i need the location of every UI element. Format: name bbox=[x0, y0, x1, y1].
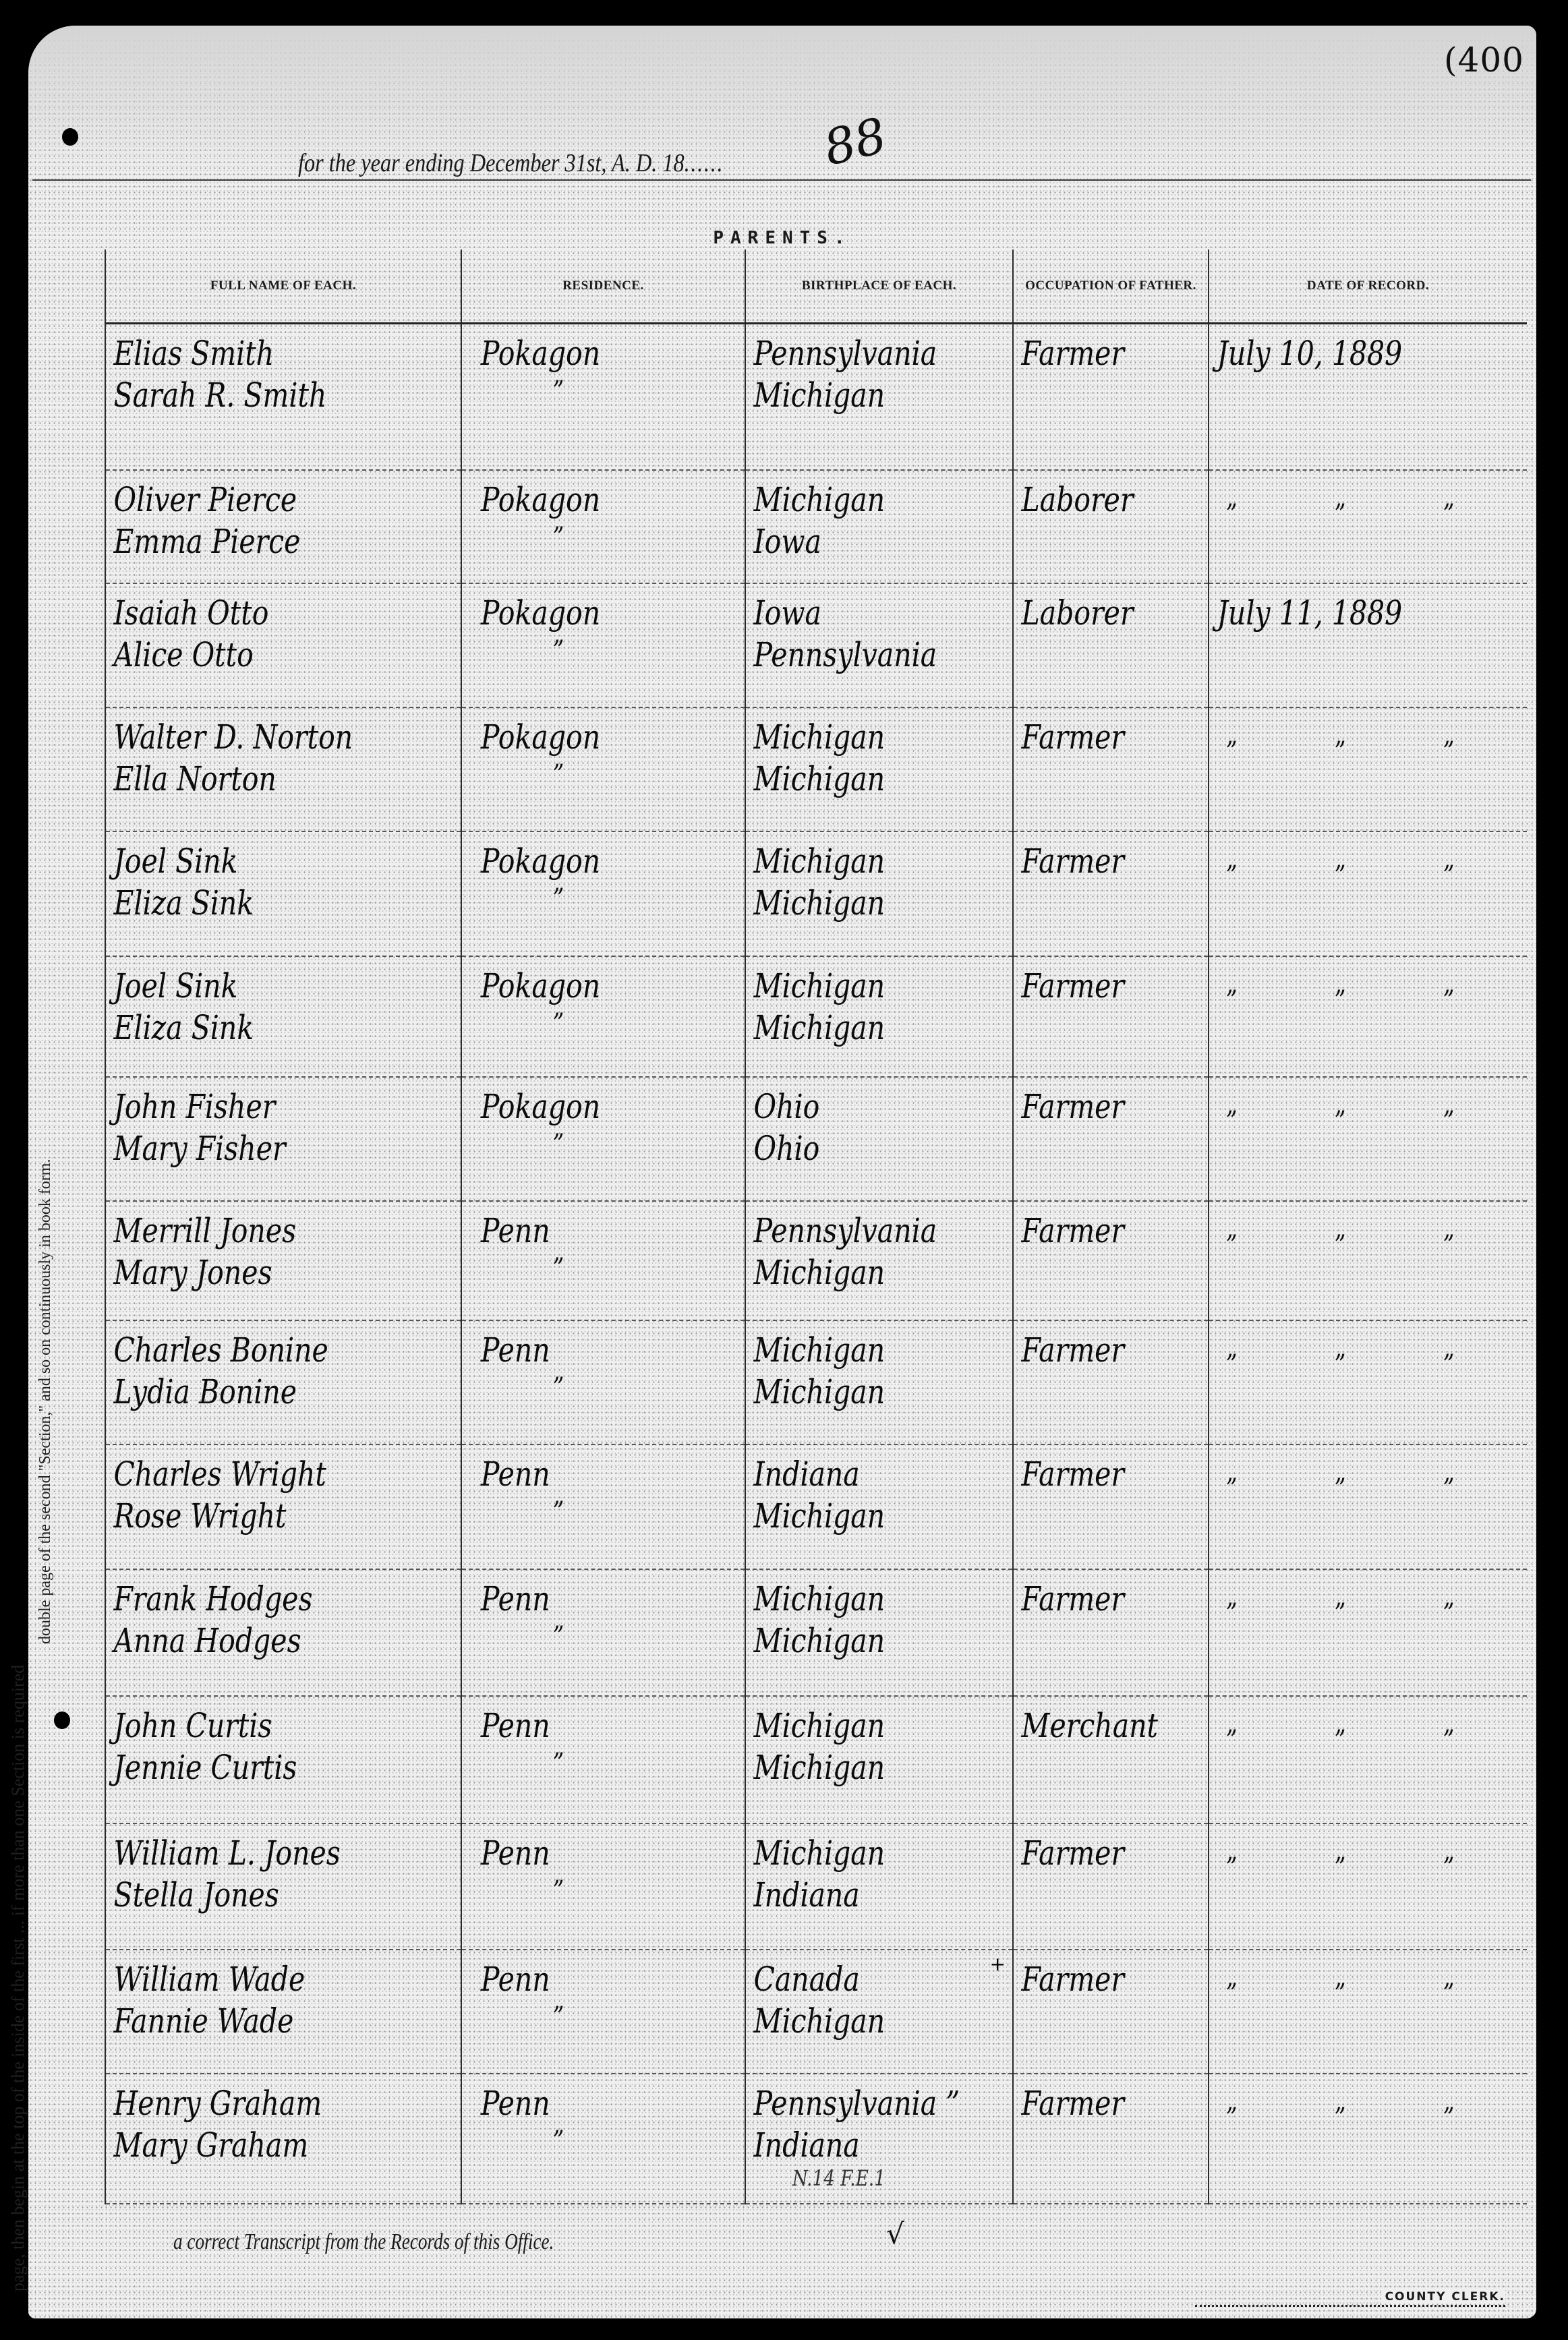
check-mark: √ bbox=[886, 2217, 904, 2250]
cell-birthplace: Pennsylvania Michigan bbox=[745, 324, 1013, 470]
table-row: Joel Sink Eliza Sink Pokagon ” Michigan … bbox=[105, 831, 1527, 956]
cell-birthplace: Ohio Ohio bbox=[745, 1077, 1013, 1201]
residence-ditto: ” bbox=[469, 634, 693, 668]
cell-full-name: William L. Jones Stella Jones bbox=[105, 1823, 461, 1950]
birthplace-mother: Pennsylvania bbox=[753, 634, 964, 676]
residence-father: Penn bbox=[469, 2082, 693, 2124]
ditto-mark: ” bbox=[1443, 1468, 1454, 1510]
ditto-mark: ” bbox=[1335, 494, 1346, 535]
date-of-record: July 11, 1889 bbox=[1209, 584, 1470, 634]
birthplace-father: Michigan bbox=[753, 840, 964, 882]
father-name: Frank Hodges bbox=[113, 1578, 397, 1620]
ditto-mark: ” bbox=[1226, 731, 1238, 773]
ditto-mark: ” bbox=[1443, 494, 1454, 535]
mother-name: Emma Pierce bbox=[113, 521, 397, 562]
birthplace-father: Iowa bbox=[753, 592, 964, 634]
date-of-record: ””” bbox=[1209, 1078, 1470, 1142]
ditto-mark: ” bbox=[1226, 1973, 1238, 2015]
birthplace-mother: Michigan bbox=[753, 758, 964, 800]
table-row: Henry Graham Mary Graham Penn ” Pennsylv… bbox=[105, 2074, 1527, 2204]
date-of-record: ””” bbox=[1209, 1202, 1470, 1266]
mother-name: Eliza Sink bbox=[113, 882, 397, 924]
date-of-record: July 10, 1889 bbox=[1209, 324, 1470, 374]
cell-full-name: John Fisher Mary Fisher bbox=[105, 1077, 461, 1201]
mother-name: Mary Jones bbox=[113, 1252, 397, 1293]
date-of-record: ””” bbox=[1209, 832, 1470, 897]
year-heading-prefix: for the year ending December 31st, A. D.… bbox=[298, 149, 685, 177]
table-row: John Curtis Jennie Curtis Penn ” Michiga… bbox=[105, 1696, 1527, 1823]
cell-birthplace: Pennsylvania ” Indiana N.14 F.E.1 bbox=[745, 2074, 1013, 2204]
record-note: N.14 F.E.1 bbox=[753, 2166, 964, 2190]
table-row: Walter D. Norton Ella Norton Pokagon ” M… bbox=[105, 707, 1527, 831]
cell-residence: Penn ” bbox=[461, 1201, 745, 1320]
cell-birthplace: Michigan Michigan bbox=[745, 1569, 1013, 1696]
margin-instruction-partial: page, then begin at the top of the insid… bbox=[8, 1665, 28, 2291]
cell-full-name: Walter D. Norton Ella Norton bbox=[105, 707, 461, 831]
birthplace-father: Pennsylvania bbox=[753, 1210, 964, 1252]
occupation-of-father: Farmer bbox=[1014, 1950, 1173, 2000]
cell-full-name: Joel Sink Eliza Sink bbox=[105, 831, 461, 956]
ditto-mark: ” bbox=[1335, 1468, 1346, 1510]
birthplace-mother: Michigan bbox=[753, 882, 964, 924]
occupation-of-father: Farmer bbox=[1014, 1445, 1173, 1495]
column-header-residence: Residence. bbox=[461, 250, 745, 324]
cell-birthplace: Michigan Michigan bbox=[745, 1696, 1013, 1823]
date-of-record: ””” bbox=[1209, 1950, 1470, 2015]
parents-table: Full Name of Each. Residence. Birthplace… bbox=[105, 250, 1527, 2204]
margin-mark: + bbox=[990, 1953, 1006, 1975]
ditto-mark: ” bbox=[1226, 980, 1238, 1022]
residence-ditto: ” bbox=[469, 758, 693, 792]
occupation-of-father: Farmer bbox=[1014, 2074, 1173, 2124]
cell-occupation: Farmer bbox=[1013, 956, 1209, 1077]
birthplace-mother: Indiana bbox=[753, 2124, 964, 2166]
ditto-mark: ” bbox=[1335, 855, 1346, 897]
ditto-mark: ” bbox=[1443, 1593, 1454, 1635]
ditto-mark: ” bbox=[1226, 494, 1238, 535]
residence-father: Pokagon bbox=[469, 332, 693, 374]
cell-occupation: Farmer bbox=[1013, 324, 1209, 470]
occupation-of-father: Farmer bbox=[1014, 832, 1173, 882]
residence-father: Pokagon bbox=[469, 592, 693, 634]
ditto-mark: ” bbox=[1335, 1101, 1346, 1142]
ditto-mark: ” bbox=[1335, 1847, 1346, 1889]
ditto-mark: ” bbox=[1443, 1344, 1454, 1386]
cell-date-of-record: ””” bbox=[1209, 956, 1527, 1077]
cell-residence: Pokagon ” bbox=[461, 583, 745, 707]
father-name: Elias Smith bbox=[113, 332, 397, 374]
table-row: Charles Wright Rose Wright Penn ” Indian… bbox=[105, 1444, 1527, 1569]
residence-ditto: ” bbox=[469, 1747, 693, 1780]
date-of-record: ””” bbox=[1209, 1321, 1470, 1386]
table-row: Isaiah Otto Alice Otto Pokagon ” Iowa Pe… bbox=[105, 583, 1527, 707]
father-name: William L. Jones bbox=[113, 1832, 397, 1874]
cell-full-name: Charles Bonine Lydia Bonine bbox=[105, 1320, 461, 1444]
cell-residence: Pokagon ” bbox=[461, 470, 745, 583]
cell-full-name: Merrill Jones Mary Jones bbox=[105, 1201, 461, 1320]
residence-ditto: ” bbox=[469, 1874, 693, 1908]
cell-birthplace: + Canada Michigan bbox=[745, 1950, 1013, 2074]
birthplace-father: Indiana bbox=[753, 1453, 964, 1495]
cell-date-of-record: ””” bbox=[1209, 1077, 1527, 1201]
birthplace-mother: Michigan bbox=[753, 374, 964, 416]
date-of-record: ””” bbox=[1209, 1570, 1470, 1635]
column-header-full-name: Full Name of Each. bbox=[105, 250, 461, 324]
cell-date-of-record: ””” bbox=[1209, 707, 1527, 831]
residence-ditto: ” bbox=[469, 374, 693, 408]
cell-occupation: Farmer bbox=[1013, 1077, 1209, 1201]
ditto-mark: ” bbox=[1335, 1225, 1346, 1266]
ditto-mark: ” bbox=[1443, 1101, 1454, 1142]
cell-full-name: Henry Graham Mary Graham bbox=[105, 2074, 461, 2204]
cell-occupation: Laborer bbox=[1013, 583, 1209, 707]
cell-occupation: Farmer bbox=[1013, 1823, 1209, 1950]
ditto-mark: ” bbox=[1443, 855, 1454, 897]
occupation-of-father: Laborer bbox=[1014, 471, 1173, 521]
cell-birthplace: Michigan Iowa bbox=[745, 470, 1013, 583]
mother-name: Mary Fisher bbox=[113, 1128, 397, 1169]
father-name: Charles Bonine bbox=[113, 1329, 397, 1371]
birthplace-father: Michigan bbox=[753, 1705, 964, 1747]
ditto-mark: ” bbox=[1226, 1468, 1238, 1510]
cell-full-name: Oliver Pierce Emma Pierce bbox=[105, 470, 461, 583]
cell-residence: Penn ” bbox=[461, 2074, 745, 2204]
mother-name: Ella Norton bbox=[113, 758, 397, 800]
ditto-mark: ” bbox=[1443, 1225, 1454, 1266]
date-of-record: ””” bbox=[1209, 957, 1470, 1022]
cell-residence: Pokagon ” bbox=[461, 324, 745, 470]
table-row: Charles Bonine Lydia Bonine Penn ” Michi… bbox=[105, 1320, 1527, 1444]
page-shading bbox=[28, 26, 1536, 181]
cell-date-of-record: ””” bbox=[1209, 1444, 1527, 1569]
birthplace-father: Michigan bbox=[753, 1329, 964, 1371]
ditto-mark: ” bbox=[1226, 1720, 1238, 1761]
cell-occupation: Farmer bbox=[1013, 707, 1209, 831]
residence-ditto: ” bbox=[469, 1495, 693, 1529]
residence-father: Pokagon bbox=[469, 479, 693, 521]
table-row: John Fisher Mary Fisher Pokagon ” Ohio O… bbox=[105, 1077, 1527, 1201]
residence-father: Penn bbox=[469, 1578, 693, 1620]
table-header-row: Full Name of Each. Residence. Birthplace… bbox=[105, 250, 1527, 324]
date-of-record: ””” bbox=[1209, 1824, 1470, 1889]
occupation-of-father: Farmer bbox=[1014, 324, 1173, 374]
mother-name: Fannie Wade bbox=[113, 2000, 397, 2042]
table-row: Frank Hodges Anna Hodges Penn ” Michigan… bbox=[105, 1569, 1527, 1696]
column-header-date: Date of Record. bbox=[1209, 250, 1527, 324]
occupation-of-father: Farmer bbox=[1014, 1202, 1173, 1252]
father-name: Henry Graham bbox=[113, 2082, 397, 2124]
mother-name: Lydia Bonine bbox=[113, 1371, 397, 1413]
cell-residence: Pokagon ” bbox=[461, 1077, 745, 1201]
binder-hole bbox=[54, 1712, 70, 1729]
cell-date-of-record: ””” bbox=[1209, 831, 1527, 956]
residence-father: Penn bbox=[469, 1958, 693, 2000]
residence-ditto: ” bbox=[469, 1620, 693, 1654]
cell-date-of-record: ””” bbox=[1209, 1950, 1527, 2074]
birthplace-father: Ohio bbox=[753, 1086, 964, 1128]
ditto-mark: ” bbox=[1226, 2097, 1238, 2139]
date-of-record: ””” bbox=[1209, 471, 1470, 535]
residence-father: Penn bbox=[469, 1705, 693, 1747]
date-of-record: ””” bbox=[1209, 708, 1470, 773]
cell-birthplace: Michigan Indiana bbox=[745, 1823, 1013, 1950]
ditto-mark: ” bbox=[1443, 1720, 1454, 1761]
ditto-mark: ” bbox=[1443, 1847, 1454, 1889]
residence-ditto: ” bbox=[469, 521, 693, 554]
cell-birthplace: Michigan Michigan bbox=[745, 1320, 1013, 1444]
residence-ditto: ” bbox=[469, 1128, 693, 1161]
birthplace-mother: Michigan bbox=[753, 1252, 964, 1293]
ditto-mark: ” bbox=[1335, 1973, 1346, 2015]
ditto-mark: ” bbox=[1335, 980, 1346, 1022]
mother-name: Sarah R. Smith bbox=[113, 374, 397, 416]
residence-ditto: ” bbox=[469, 1371, 693, 1405]
cell-date-of-record: ””” bbox=[1209, 1201, 1527, 1320]
county-clerk-label: COUNTY CLERK. bbox=[1381, 2290, 1505, 2304]
occupation-of-father: Farmer bbox=[1014, 957, 1173, 1007]
section-title: PARENTS. bbox=[28, 228, 1536, 248]
cell-date-of-record: ””” bbox=[1209, 1320, 1527, 1444]
ditto-mark: ” bbox=[1226, 855, 1238, 897]
residence-father: Penn bbox=[469, 1453, 693, 1495]
residence-father: Penn bbox=[469, 1329, 693, 1371]
cell-date-of-record: ””” bbox=[1209, 470, 1527, 583]
cell-occupation: Merchant bbox=[1013, 1696, 1209, 1823]
cell-residence: Pokagon ” bbox=[461, 956, 745, 1077]
cell-date-of-record: July 11, 1889 bbox=[1209, 583, 1527, 707]
occupation-of-father: Farmer bbox=[1014, 1321, 1173, 1371]
mother-name: Anna Hodges bbox=[113, 1620, 397, 1662]
record-page: (400 for the year ending December 31st, … bbox=[28, 26, 1536, 2318]
father-name: Isaiah Otto bbox=[113, 592, 397, 634]
birthplace-father: Canada bbox=[753, 1958, 964, 2000]
residence-ditto: ” bbox=[469, 1007, 693, 1041]
father-name: Walter D. Norton bbox=[113, 716, 397, 758]
cell-occupation: Farmer bbox=[1013, 1320, 1209, 1444]
cell-occupation: Farmer bbox=[1013, 1950, 1209, 2074]
father-name: Joel Sink bbox=[113, 840, 397, 882]
ditto-mark: ” bbox=[1335, 731, 1346, 773]
cell-birthplace: Michigan Michigan bbox=[745, 956, 1013, 1077]
ditto-mark: ” bbox=[1443, 731, 1454, 773]
table-row: Elias Smith Sarah R. Smith Pokagon ” Pen… bbox=[105, 324, 1527, 470]
cell-full-name: Charles Wright Rose Wright bbox=[105, 1444, 461, 1569]
cell-full-name: Elias Smith Sarah R. Smith bbox=[105, 324, 461, 470]
residence-father: Penn bbox=[469, 1832, 693, 1874]
cell-residence: Penn ” bbox=[461, 1569, 745, 1696]
table-row: Joel Sink Eliza Sink Pokagon ” Michigan … bbox=[105, 956, 1527, 1077]
cell-residence: Penn ” bbox=[461, 1320, 745, 1444]
occupation-of-father: Farmer bbox=[1014, 708, 1173, 758]
ditto-mark: ” bbox=[1443, 1973, 1454, 2015]
ditto-mark: ” bbox=[1226, 1225, 1238, 1266]
mother-name: Eliza Sink bbox=[113, 1007, 397, 1049]
page-number: (400 bbox=[1444, 40, 1524, 80]
father-name: Charles Wright bbox=[113, 1453, 397, 1495]
father-name: John Fisher bbox=[113, 1086, 397, 1128]
column-header-birthplace: Birthplace of Each. bbox=[745, 250, 1013, 324]
cell-occupation: Laborer bbox=[1013, 470, 1209, 583]
column-header-occupation: Occupation of Father. bbox=[1013, 250, 1209, 324]
birthplace-father: Pennsylvania ” bbox=[753, 2082, 964, 2124]
birthplace-mother: Michigan bbox=[753, 1747, 964, 1788]
ditto-mark: ” bbox=[1226, 1344, 1238, 1386]
birthplace-mother: Michigan bbox=[753, 1495, 964, 1537]
binder-hole bbox=[62, 128, 78, 146]
cell-birthplace: Pennsylvania Michigan bbox=[745, 1201, 1013, 1320]
cell-residence: Penn ” bbox=[461, 1444, 745, 1569]
cell-date-of-record: ””” bbox=[1209, 1569, 1527, 1696]
birthplace-mother: Indiana bbox=[753, 1874, 964, 1916]
residence-ditto: ” bbox=[469, 2000, 693, 2034]
cell-date-of-record: ””” bbox=[1209, 1696, 1527, 1823]
cell-occupation: Farmer bbox=[1013, 2074, 1209, 2204]
cell-birthplace: Iowa Pennsylvania bbox=[745, 583, 1013, 707]
cell-birthplace: Michigan Michigan bbox=[745, 831, 1013, 956]
cell-residence: Penn ” bbox=[461, 1950, 745, 2074]
cell-residence: Pokagon ” bbox=[461, 707, 745, 831]
cell-occupation: Farmer bbox=[1013, 1201, 1209, 1320]
margin-instruction: double page of the second "Section," and… bbox=[36, 1159, 55, 1644]
birthplace-mother: Michigan bbox=[753, 1007, 964, 1049]
transcript-certification: a correct Transcript from the Records of… bbox=[173, 2229, 554, 2255]
father-name: Merrill Jones bbox=[113, 1210, 397, 1252]
cell-full-name: John Curtis Jennie Curtis bbox=[105, 1696, 461, 1823]
ditto-mark: ” bbox=[1226, 1847, 1238, 1889]
residence-father: Penn bbox=[469, 1210, 693, 1252]
date-of-record: ””” bbox=[1209, 1697, 1470, 1761]
year-heading: for the year ending December 31st, A. D.… bbox=[298, 148, 724, 178]
cell-full-name: William Wade Fannie Wade bbox=[105, 1950, 461, 2074]
table-row: Oliver Pierce Emma Pierce Pokagon ” Mich… bbox=[105, 470, 1527, 583]
cell-occupation: Farmer bbox=[1013, 1444, 1209, 1569]
ditto-mark: ” bbox=[1335, 1720, 1346, 1761]
mother-name: Stella Jones bbox=[113, 1874, 397, 1916]
mother-name: Rose Wright bbox=[113, 1495, 397, 1537]
cell-date-of-record: July 10, 1889 bbox=[1209, 324, 1527, 470]
cell-full-name: Frank Hodges Anna Hodges bbox=[105, 1569, 461, 1696]
mother-name: Alice Otto bbox=[113, 634, 397, 676]
residence-father: Pokagon bbox=[469, 1086, 693, 1128]
residence-father: Pokagon bbox=[469, 716, 693, 758]
ditto-mark: ” bbox=[1226, 1593, 1238, 1635]
birthplace-father: Michigan bbox=[753, 716, 964, 758]
residence-father: Pokagon bbox=[469, 965, 693, 1007]
residence-ditto: ” bbox=[469, 882, 693, 916]
occupation-of-father: Farmer bbox=[1014, 1078, 1173, 1128]
ditto-mark: ” bbox=[1443, 2097, 1454, 2139]
cell-residence: Penn ” bbox=[461, 1696, 745, 1823]
cell-occupation: Farmer bbox=[1013, 831, 1209, 956]
father-name: William Wade bbox=[113, 1958, 397, 2000]
birthplace-father: Michigan bbox=[753, 479, 964, 521]
cell-birthplace: Michigan Michigan bbox=[745, 707, 1013, 831]
date-of-record: ””” bbox=[1209, 2074, 1470, 2139]
birthplace-mother: Michigan bbox=[753, 1371, 964, 1413]
father-name: Oliver Pierce bbox=[113, 479, 397, 521]
cell-birthplace: Indiana Michigan bbox=[745, 1444, 1013, 1569]
county-clerk-signature-line: COUNTY CLERK. bbox=[1195, 2290, 1505, 2307]
cell-residence: Penn ” bbox=[461, 1823, 745, 1950]
table-row: Merrill Jones Mary Jones Penn ” Pennsylv… bbox=[105, 1201, 1527, 1320]
birthplace-mother: Michigan bbox=[753, 2000, 964, 2042]
cell-date-of-record: ””” bbox=[1209, 1823, 1527, 1950]
birthplace-father: Michigan bbox=[753, 965, 964, 1007]
mother-name: Jennie Curtis bbox=[113, 1747, 397, 1788]
birthplace-mother: Ohio bbox=[753, 1128, 964, 1169]
ditto-mark: ” bbox=[1226, 1101, 1238, 1142]
date-of-record: ””” bbox=[1209, 1445, 1470, 1510]
ditto-mark: ” bbox=[1335, 2097, 1346, 2139]
birthplace-mother: Iowa bbox=[753, 521, 964, 562]
occupation-of-father: Farmer bbox=[1014, 1570, 1173, 1620]
ditto-mark: ” bbox=[1443, 980, 1454, 1022]
father-name: Joel Sink bbox=[113, 965, 397, 1007]
birthplace-father: Pennsylvania bbox=[753, 332, 964, 374]
table-row: William L. Jones Stella Jones Penn ” Mic… bbox=[105, 1823, 1527, 1950]
mother-name: Mary Graham bbox=[113, 2124, 397, 2166]
table-row: William Wade Fannie Wade Penn ” + Canada… bbox=[105, 1950, 1527, 2074]
father-name: John Curtis bbox=[113, 1705, 397, 1747]
birthplace-father: Michigan bbox=[753, 1832, 964, 1874]
occupation-of-father: Laborer bbox=[1014, 584, 1173, 634]
occupation-of-father: Merchant bbox=[1014, 1697, 1173, 1747]
ditto-mark: ” bbox=[1335, 1344, 1346, 1386]
cell-residence: Pokagon ” bbox=[461, 831, 745, 956]
birthplace-father: Michigan bbox=[753, 1578, 964, 1620]
ditto-mark: ” bbox=[1335, 1593, 1346, 1635]
occupation-of-father: Farmer bbox=[1014, 1824, 1173, 1874]
birthplace-mother: Michigan bbox=[753, 1620, 964, 1662]
cell-full-name: Joel Sink Eliza Sink bbox=[105, 956, 461, 1077]
residence-father: Pokagon bbox=[469, 840, 693, 882]
cell-full-name: Isaiah Otto Alice Otto bbox=[105, 583, 461, 707]
cell-date-of-record: ””” bbox=[1209, 2074, 1527, 2204]
divider bbox=[32, 179, 1531, 181]
residence-ditto: ” bbox=[469, 2124, 693, 2158]
year-heading-dots: ...... bbox=[685, 149, 724, 177]
residence-ditto: ” bbox=[469, 1252, 693, 1285]
cell-occupation: Farmer bbox=[1013, 1569, 1209, 1696]
